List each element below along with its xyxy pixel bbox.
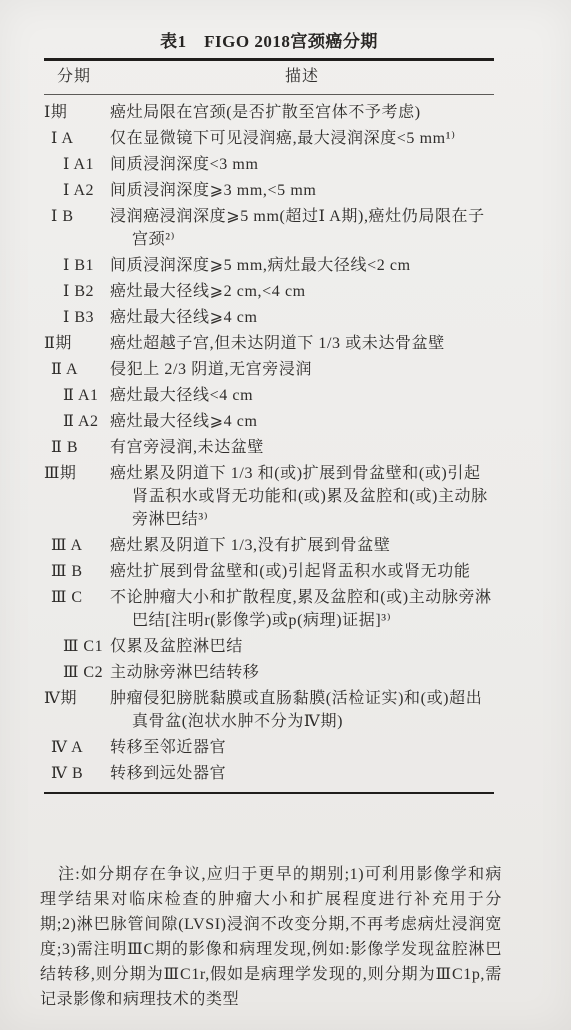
header-description-column: 描述 [110, 66, 494, 88]
description-cell: 侵犯上 2/3 阴道,无宫旁浸润 [110, 358, 494, 381]
stage-cell: Ⅲ期 [44, 462, 110, 531]
stage-cell: Ⅰ A [44, 127, 110, 150]
table-row: Ⅱ B 有宫旁浸润,未达盆壁 [44, 436, 494, 459]
table-header-row: 分期 描述 [44, 61, 494, 95]
table-row: Ⅰ A1 间质浸润深度<3 mm [44, 153, 494, 176]
header-stage-column: 分期 [44, 66, 110, 88]
stage-cell: Ⅰ B1 [44, 254, 110, 277]
stage-cell: Ⅰ B [44, 205, 110, 251]
table-row: Ⅰ B1 间质浸润深度⩾5 mm,病灶最大径线<2 cm [44, 254, 494, 277]
description-cell: 癌灶最大径线⩾4 cm [110, 410, 494, 433]
table-row: Ⅱ A 侵犯上 2/3 阴道,无宫旁浸润 [44, 358, 494, 381]
stage-cell: Ⅰ A1 [44, 153, 110, 176]
table-row: Ⅲ期 癌灶累及阴道下 1/3 和(或)扩展到骨盆壁和(或)引起肾盂积水或肾无功能… [44, 462, 494, 531]
stage-cell: Ⅳ期 [44, 687, 110, 733]
table-row: Ⅰ A2 间质浸润深度⩾3 mm,<5 mm [44, 179, 494, 202]
description-cell: 仅在显微镜下可见浸润癌,最大浸润深度<5 mm¹⁾ [110, 127, 494, 150]
table-row: Ⅰ B 浸润癌浸润深度⩾5 mm(超过Ⅰ A期),癌灶仍局限在子宫颈²⁾ [44, 205, 494, 251]
stage-cell: Ⅲ B [44, 560, 110, 583]
table-row: Ⅱ期 癌灶超越子宫,但未达阴道下 1/3 或未达骨盆壁 [44, 332, 494, 355]
table-row: Ⅲ C 不论肿瘤大小和扩散程度,累及盆腔和(或)主动脉旁淋巴结[注明r(影像学)… [44, 586, 494, 632]
stage-cell: Ⅳ B [44, 762, 110, 785]
stage-cell: Ⅲ C1 [44, 635, 110, 658]
description-cell: 主动脉旁淋巴结转移 [110, 661, 494, 684]
description-cell: 癌灶超越子宫,但未达阴道下 1/3 或未达骨盆壁 [110, 332, 494, 355]
stage-cell: Ⅰ B3 [44, 306, 110, 329]
description-cell: 有宫旁浸润,未达盆壁 [110, 436, 494, 459]
stage-cell: Ⅱ B [44, 436, 110, 459]
table-body: Ⅰ期 癌灶局限在宫颈(是否扩散至宫体不予考虑) Ⅰ A 仅在显微镜下可见浸润癌,… [44, 95, 494, 792]
description-cell: 癌灶最大径线⩾4 cm [110, 306, 494, 329]
stage-cell: Ⅱ A2 [44, 410, 110, 433]
description-cell: 间质浸润深度⩾3 mm,<5 mm [110, 179, 494, 202]
table-row: Ⅲ A 癌灶累及阴道下 1/3,没有扩展到骨盆壁 [44, 534, 494, 557]
description-cell: 间质浸润深度⩾5 mm,病灶最大径线<2 cm [110, 254, 494, 277]
description-cell: 癌灶局限在宫颈(是否扩散至宫体不予考虑) [110, 101, 494, 124]
stage-cell: Ⅲ A [44, 534, 110, 557]
table-row: Ⅳ A 转移至邻近器官 [44, 736, 494, 759]
description-cell: 间质浸润深度<3 mm [110, 153, 494, 176]
description-cell: 癌灶最大径线⩾2 cm,<4 cm [110, 280, 494, 303]
stage-cell: Ⅱ A1 [44, 384, 110, 407]
table-row: Ⅱ A1 癌灶最大径线<4 cm [44, 384, 494, 407]
description-cell: 浸润癌浸润深度⩾5 mm(超过Ⅰ A期),癌灶仍局限在子宫颈²⁾ [110, 205, 494, 251]
stage-cell: Ⅲ C [44, 586, 110, 632]
description-cell: 癌灶最大径线<4 cm [110, 384, 494, 407]
description-cell: 仅累及盆腔淋巴结 [110, 635, 494, 658]
table-row: Ⅲ B 癌灶扩展到骨盆壁和(或)引起肾盂积水或肾无功能 [44, 560, 494, 583]
table-row: Ⅳ期 肿瘤侵犯膀胱黏膜或直肠黏膜(活检证实)和(或)超出真骨盆(泡状水肿不分为Ⅳ… [44, 687, 494, 733]
table-footnote: 注:如分期存在争议,应归于更早的期别;1)可利用影像学和病理学结果对临床检查的肿… [40, 862, 502, 1012]
description-cell: 不论肿瘤大小和扩散程度,累及盆腔和(或)主动脉旁淋巴结[注明r(影像学)或p(病… [110, 586, 494, 632]
stage-cell: Ⅱ期 [44, 332, 110, 355]
document-sheet: 表1 FIGO 2018宫颈癌分期 分期 描述 Ⅰ期 癌灶局限在宫颈(是否扩散至… [0, 0, 571, 1030]
table-row: Ⅲ C1 仅累及盆腔淋巴结 [44, 635, 494, 658]
stage-cell: Ⅰ A2 [44, 179, 110, 202]
stage-cell: Ⅰ B2 [44, 280, 110, 303]
table-row: Ⅰ B2 癌灶最大径线⩾2 cm,<4 cm [44, 280, 494, 303]
table-row: Ⅰ B3 癌灶最大径线⩾4 cm [44, 306, 494, 329]
stage-cell: Ⅲ C2 [44, 661, 110, 684]
table-row: Ⅲ C2 主动脉旁淋巴结转移 [44, 661, 494, 684]
table-row: Ⅰ期 癌灶局限在宫颈(是否扩散至宫体不予考虑) [44, 101, 494, 124]
description-cell: 肿瘤侵犯膀胱黏膜或直肠黏膜(活检证实)和(或)超出真骨盆(泡状水肿不分为Ⅳ期) [110, 687, 494, 733]
table-row: Ⅱ A2 癌灶最大径线⩾4 cm [44, 410, 494, 433]
figo-staging-table: 分期 描述 Ⅰ期 癌灶局限在宫颈(是否扩散至宫体不予考虑) Ⅰ A 仅在显微镜下… [44, 58, 494, 794]
table-row: Ⅳ B 转移到远处器官 [44, 762, 494, 785]
description-cell: 癌灶累及阴道下 1/3 和(或)扩展到骨盆壁和(或)引起肾盂积水或肾无功能和(或… [110, 462, 494, 531]
table-title: 表1 FIGO 2018宫颈癌分期 [44, 27, 494, 52]
figo-staging-table-container: 表1 FIGO 2018宫颈癌分期 分期 描述 Ⅰ期 癌灶局限在宫颈(是否扩散至… [44, 27, 494, 794]
description-cell: 转移至邻近器官 [110, 736, 494, 759]
description-cell: 癌灶累及阴道下 1/3,没有扩展到骨盆壁 [110, 534, 494, 557]
table-row: Ⅰ A 仅在显微镜下可见浸润癌,最大浸润深度<5 mm¹⁾ [44, 127, 494, 150]
description-cell: 癌灶扩展到骨盆壁和(或)引起肾盂积水或肾无功能 [110, 560, 494, 583]
stage-cell: Ⅳ A [44, 736, 110, 759]
description-cell: 转移到远处器官 [110, 762, 494, 785]
stage-cell: Ⅰ期 [44, 101, 110, 124]
stage-cell: Ⅱ A [44, 358, 110, 381]
